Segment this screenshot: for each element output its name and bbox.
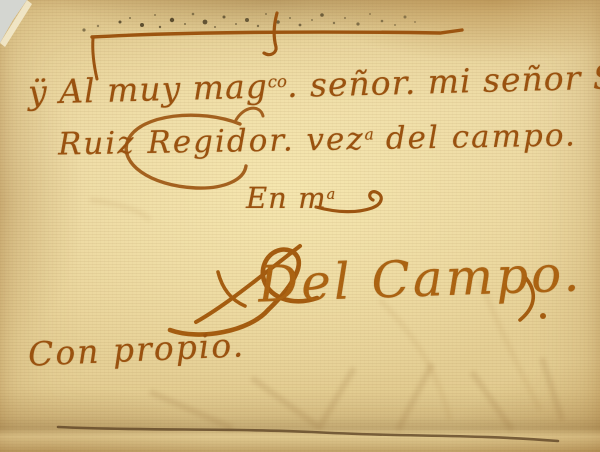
top-rule-flourish [92,30,462,37]
del-campo-text: Del Campo. [257,244,583,313]
fold-crease-line [58,427,558,441]
mold-speckles [82,13,416,32]
superscript-abbreviation-co: co [267,72,287,91]
wrinkle-shading [150,358,562,430]
del-campo-calligraphic-signature: Del Campo. [257,244,583,313]
address-line-3-destination: En ma [246,181,335,215]
superscript-abbreviation-a: a [364,125,374,143]
regidor-cap-flourish [236,108,263,120]
address-line-2-text: Ruiz Regidor. vez [58,121,365,162]
address-line-2-text-cont: del campo. [374,117,577,157]
address-line-1-text: ÿ Al muy mag [28,67,269,112]
scan-background: ÿ Al muy magco. señor. mi señor Simon Ru… [0,0,600,452]
address-line-3-text: En m [246,181,327,215]
superscript-abbreviation-a2: a [327,187,336,203]
parchment-sheet: ÿ Al muy magco. señor. mi señor Simon Ru… [0,0,600,452]
campo-final-period [540,313,546,319]
